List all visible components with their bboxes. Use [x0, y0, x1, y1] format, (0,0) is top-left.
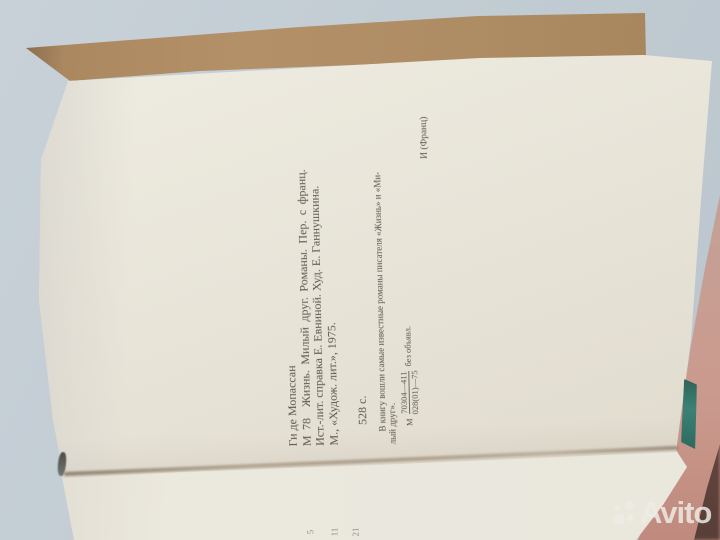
book-photo: Ги де Мопассан М 78Жизнь. Милый друг. Ро… — [0, 0, 720, 540]
page-edge-number: 5 — [305, 530, 315, 535]
catalog-denominator: 028(01)—75 — [408, 370, 420, 414]
catalog-fraction: 70304—411 028(01)—75 — [399, 370, 421, 414]
imprint-pages-line: 528 с. — [349, 82, 370, 445]
avito-watermark: Avito — [608, 495, 711, 531]
avito-watermark-text: Avito — [640, 495, 711, 531]
catalog-prefix: М — [406, 418, 416, 426]
page-edge-number: 11 — [329, 528, 339, 537]
catalog-suffix: без объявл. — [404, 326, 414, 367]
page-edge-number: 21 — [350, 527, 360, 536]
avito-logo-icon — [608, 495, 640, 531]
bibliographic-imprint: Ги де Мопассан М 78Жизнь. Милый друг. Ро… — [279, 80, 440, 446]
